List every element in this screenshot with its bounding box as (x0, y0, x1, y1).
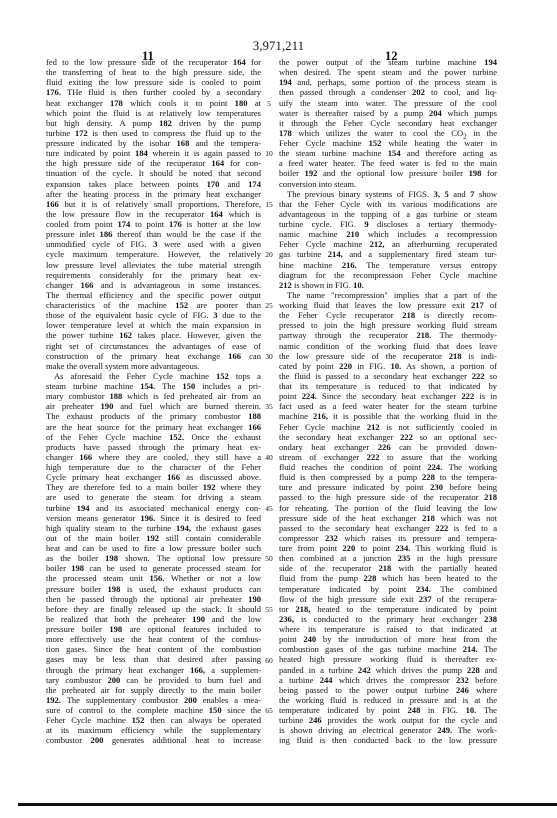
text-line: turbine cycle. FIG. 9 discloses a tertia… (279, 219, 497, 229)
text-line: advantageous in the topping of a gas tur… (279, 209, 497, 219)
text-line: cycle maximum temperature. However, the … (46, 249, 261, 259)
text-line: Feher Cycle machine 212, an afterburning… (279, 239, 497, 249)
text-line: the transferring of heat to the high pre… (46, 67, 261, 77)
text-line: low pressure level alleviates the tube m… (46, 260, 261, 270)
text-line: conversion into steam. (279, 179, 497, 189)
text-line: at its maximum efficiency while the supp… (46, 725, 261, 735)
text-line: water is thereafter raised by a pump 204… (279, 108, 497, 118)
text-line: which point the fluid is at relatively l… (46, 108, 261, 118)
right-text-column: the power output of the steam turbine ma… (279, 57, 497, 746)
text-line: the low pressure flow in the recuperator… (46, 209, 261, 219)
text-line: fed to the low pressure side of the recu… (46, 57, 261, 67)
text-line: then passed through a condenser 202 to c… (279, 87, 497, 97)
text-line: through the primary heat exchanger 166, … (46, 665, 261, 675)
patent-number: 3,971,211 (0, 39, 557, 54)
text-line: fluid is then compressed by a pump 228 t… (279, 472, 497, 482)
text-line: the processed steam unit 156. Whether or… (46, 573, 261, 583)
text-line: steam turbine machine 154. The 150 inclu… (46, 381, 261, 391)
text-line: gas turbine 214, and a supplementary fir… (279, 249, 497, 259)
text-line: for reheating. The portion of the fluid … (279, 503, 497, 513)
text-line: point 224. Since the secondary heat exch… (279, 391, 497, 401)
text-line: turbine 172 is then used to compress the… (46, 128, 261, 138)
text-line: pressure boiler 198 are optional feature… (46, 624, 261, 634)
text-line: the power output of the steam turbine ma… (279, 57, 497, 67)
line-number: 50 (262, 554, 276, 563)
line-number: 35 (262, 402, 276, 411)
text-line: that its temperature is reduced to that … (279, 381, 497, 391)
text-line: fluid reaches the condition of point 224… (279, 462, 497, 472)
text-line: diagram for the recompression Feher Cycl… (279, 270, 497, 280)
text-line: characteristics of the machine 152 are p… (46, 300, 261, 310)
text-line: point 240 by the introduction of more he… (279, 634, 497, 644)
text-line: boiler 192 and the optional low pressure… (279, 168, 497, 178)
text-line: fluid from the pump 228 which has been h… (279, 573, 497, 583)
text-line: expansion takes place between points 170… (46, 179, 261, 189)
text-line: They are therefore fed to a main boiler … (46, 482, 261, 492)
left-text-column: fed to the low pressure side of the recu… (46, 57, 261, 746)
text-line: the steam turbine machine 154 and theref… (279, 148, 497, 158)
text-line: being passed to the power output turbine… (279, 685, 497, 695)
text-line: tary combustor 200 can be provided to bu… (46, 675, 261, 685)
text-line: when desired. The spent steam and the po… (279, 67, 497, 77)
text-line: the working fluid is reduced in pressure… (279, 695, 497, 705)
text-line: construction of the primary heat exchang… (46, 351, 261, 361)
text-line: of the Feher Cycle machine 152. Once the… (46, 432, 261, 442)
text-line: the low pressure side of the recuperator… (279, 351, 497, 361)
text-line: namic condition of the working fluid tha… (279, 341, 497, 351)
text-line: mary combustor 188 which is fed preheate… (46, 391, 261, 401)
text-line: then combined at a junction 235 in the h… (279, 553, 497, 563)
text-line: the secondary heat exchanger 222 so an o… (279, 432, 497, 442)
text-line: combustor 200 generates additional heat … (46, 735, 261, 745)
text-line: The thermal efficiency and the specific … (46, 290, 261, 300)
text-line: heat and can be used to fire a low press… (46, 543, 261, 553)
text-line: the high pressure side of the recuperato… (46, 158, 261, 168)
text-line: out of the main boiler 192 still contain… (46, 533, 261, 543)
text-line: heated high pressure working fluid is th… (279, 654, 497, 664)
line-number: 25 (262, 301, 276, 310)
text-line: the power turbine 162 takes place. Howev… (46, 330, 261, 340)
text-line: combustion gases of the gas turbine mach… (279, 644, 497, 654)
text-line: that the Feher Cycle with its various mo… (279, 199, 497, 209)
text-line: make the overall system more advantageou… (46, 361, 261, 371)
text-line: pressed to join the high pressure workin… (279, 320, 497, 330)
line-number: 65 (262, 706, 276, 715)
text-line: passed to the secondary heat exchanger 2… (279, 523, 497, 533)
text-line: stream of exchanger 222 to assure that t… (279, 452, 497, 462)
line-number: 5 (262, 99, 276, 108)
text-line: namic machine 210 which includes a recom… (279, 229, 497, 239)
line-number: 60 (262, 656, 276, 665)
text-line: cooled from point 174 to point 176 is ho… (46, 219, 261, 229)
text-line: temperature indicated by point 248 in FI… (279, 705, 497, 715)
text-line: 176. THe fluid is then further cooled by… (46, 87, 261, 97)
line-number: 15 (262, 200, 276, 209)
text-line: machine 216, it is possible that the wor… (279, 411, 497, 421)
text-line: ture from point 220 to point 234. This w… (279, 543, 497, 553)
text-line: 212 is shown in FIG. 10. (279, 280, 497, 290)
text-line: The name "recompression" implies that a … (279, 290, 497, 300)
text-line: flow of the high pressure side exit 237 … (279, 594, 497, 604)
line-number: 10 (262, 149, 276, 158)
text-line: products have passed through the primary… (46, 442, 261, 452)
text-line: fluid exiting the low pressure side is c… (46, 77, 261, 87)
bottom-rule-divider (18, 803, 557, 806)
text-line: 194 and, perhaps, some portion of the pr… (279, 77, 497, 87)
text-line: side of the recuperator 218 with the par… (279, 563, 497, 573)
text-line: panded in a turbine 242 which drives the… (279, 665, 497, 675)
text-line: high temperature due to the character of… (46, 462, 261, 472)
text-line: partway through the recuperator 218. The… (279, 330, 497, 340)
text-line: be realized that both the preheater 190 … (46, 614, 261, 624)
text-line: turbine 194 and its associated mechanica… (46, 503, 261, 513)
text-line: turbine 246 provides the work output for… (279, 715, 497, 725)
text-line: the preheated air for supply directly to… (46, 685, 261, 695)
text-line: 192. The supplementary combustor 200 ena… (46, 695, 261, 705)
text-line: are the heat source for the primary heat… (46, 422, 261, 432)
text-line: 166 but it is of relatively small propor… (46, 199, 261, 209)
text-line: temperature indicated by point 234. The … (279, 584, 497, 594)
text-line: ture indicated by point 184 wherein it i… (46, 148, 261, 158)
text-line: Feher Cycle machine 152 while heating th… (279, 138, 497, 148)
text-line: tinuation of the cycle. It should be not… (46, 168, 261, 178)
line-number: 40 (262, 453, 276, 462)
text-line: high quality steam to the turbine 194, t… (46, 523, 261, 533)
text-line: fact used as a feed water heater for the… (279, 401, 497, 411)
text-line: uify the steam into water. The pressure … (279, 98, 497, 108)
text-line: where its temperature is raised to that … (279, 624, 497, 634)
text-line: air preheater 190 and fuel which are bur… (46, 401, 261, 411)
text-line: right set of circumstances the advantage… (46, 341, 261, 351)
text-line: as the boiler 198 shown. The optional lo… (46, 553, 261, 563)
text-line: ture and pressure indicated by point 230… (279, 482, 497, 492)
text-line: The previous binary systems of FIGS. 3, … (279, 189, 497, 199)
text-line: ondary heat exchanger 226 can be provide… (279, 442, 497, 452)
text-line: a turbine 244 which drives the compresso… (279, 675, 497, 685)
line-number: 20 (262, 250, 276, 259)
text-line: As aforesaid the Feher Cycle machine 152… (46, 371, 261, 381)
text-line: cated by point 220 in FIG. 10. As shown,… (279, 361, 497, 371)
line-number: 45 (262, 504, 276, 513)
text-line: requirements considerably for the primar… (46, 270, 261, 280)
text-line: ing fluid is then conducted back to the … (279, 735, 497, 745)
text-line: compressor 232 which raises its pressure… (279, 533, 497, 543)
text-line: gases may be less than that desired afte… (46, 654, 261, 664)
text-line: unmodified cycle of FIG. 3 were used wit… (46, 239, 261, 249)
text-line: changer 166 and is advantageous in some … (46, 280, 261, 290)
text-line: boiler 198 can be used to generate proce… (46, 563, 261, 573)
text-line: bine machine 216. The temperature versus… (279, 260, 497, 270)
text-line: sure of control to the complete machine … (46, 705, 261, 715)
text-line: 178 which utilizes the water to cool the… (279, 128, 497, 138)
line-number: 30 (262, 352, 276, 361)
text-line: those of the equivalent basic cycle of F… (46, 310, 261, 320)
text-line: tion gases. Since the heat content of th… (46, 644, 261, 654)
text-line: the fluid is passed to a secondary heat … (279, 371, 497, 381)
text-line: more effectively use the heat content of… (46, 634, 261, 644)
text-line: are used to generate the steam for drivi… (46, 492, 261, 502)
text-line: passed to the high pressure side of the … (279, 492, 497, 502)
text-line: before they are finally released up the … (46, 604, 261, 614)
text-line: 236, is conducted to the primary heat ex… (279, 614, 497, 624)
text-line: then be passed through the optional air … (46, 594, 261, 604)
text-line: heat exchanger 178 which cools it to poi… (46, 98, 261, 108)
text-line: pressure side of the heat exchanger 218 … (279, 513, 497, 523)
text-line: Cycle primary heat exchanger 166 as disc… (46, 472, 261, 482)
text-line: pressure boiler 198 is used, the exhaust… (46, 584, 261, 594)
text-line: version means generator 196. Since it is… (46, 513, 261, 523)
text-line: is shown driving an electrical generator… (279, 725, 497, 735)
text-line: The exhaust products of the primary comb… (46, 411, 261, 421)
text-line: pressure inlet 186 thereof than would be… (46, 229, 261, 239)
text-line: a feed water heater. The feed water is f… (279, 158, 497, 168)
text-line: Feher Cycle machine 152 then can always … (46, 715, 261, 725)
text-line: lower temperature level at which the mai… (46, 320, 261, 330)
text-line: the Feher Cycle recuperator 218 is direc… (279, 310, 497, 320)
text-line: changer 166 where they are cooled, they … (46, 452, 261, 462)
text-line: but high density. A pump 182 driven by t… (46, 118, 261, 128)
text-line: pressure indicated by the isobar 168 and… (46, 138, 261, 148)
text-line: tor 218, heated to the temperature indic… (279, 604, 497, 614)
line-number: 55 (262, 605, 276, 614)
text-line: Feher Cycle machine 212 is not sufficien… (279, 422, 497, 432)
text-line: working fluid that leaves the low pressu… (279, 300, 497, 310)
text-line: it through the Feher Cycle secondary hea… (279, 118, 497, 128)
text-line: after the heating process in the primary… (46, 189, 261, 199)
